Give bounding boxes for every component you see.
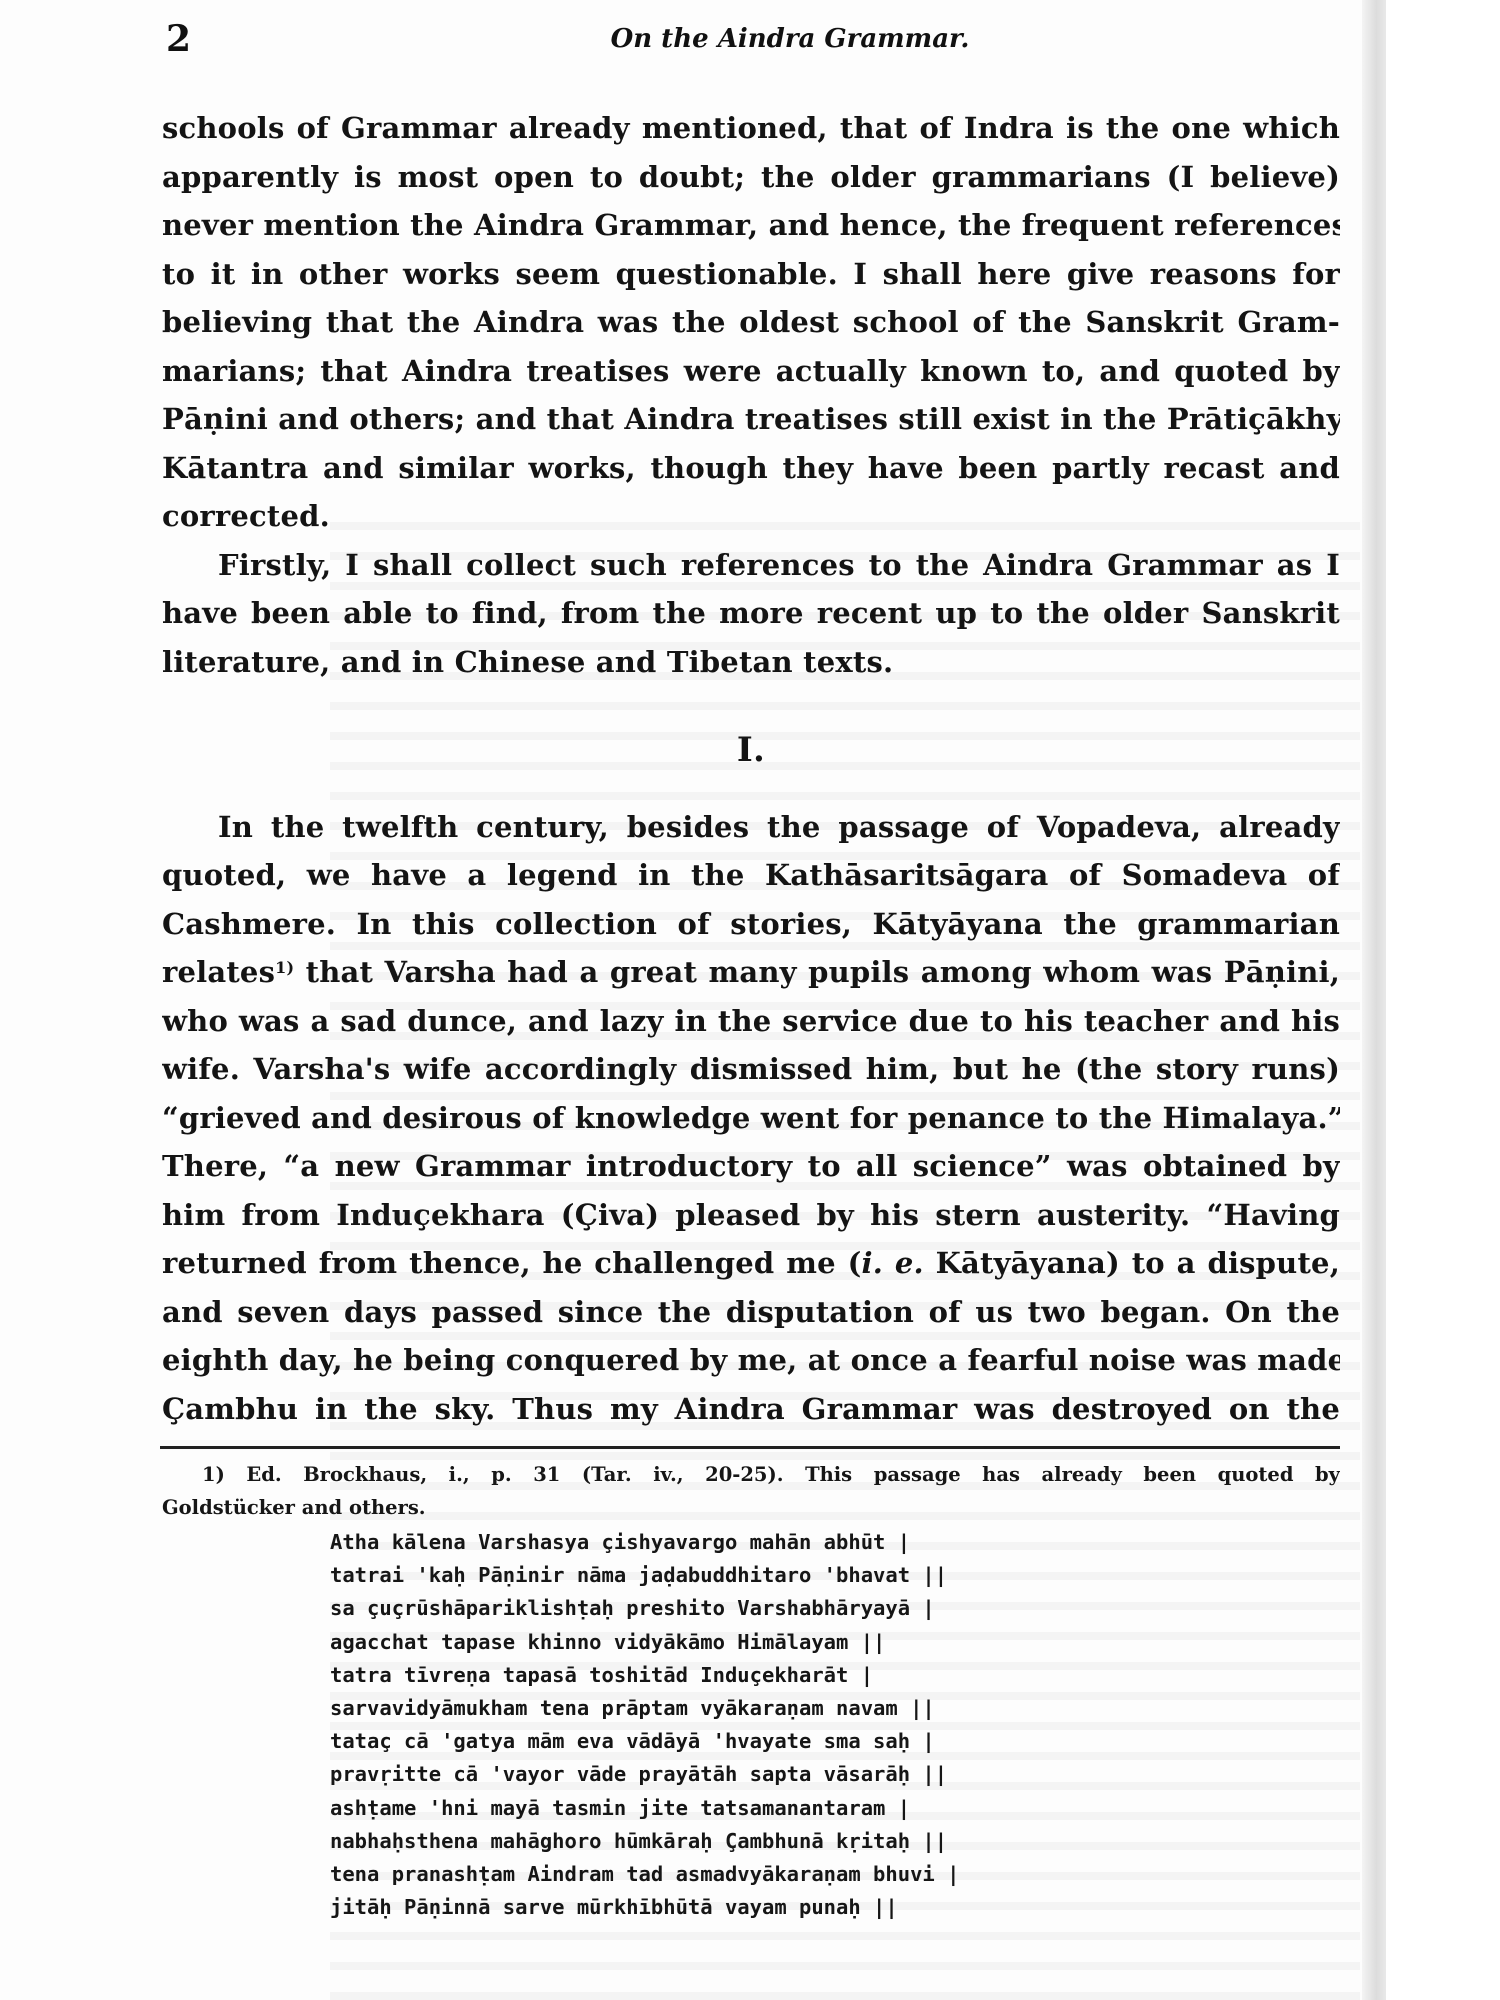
text-run: that Varsha had a great many pupils amon… bbox=[306, 955, 1340, 989]
text-line: corrected. bbox=[162, 492, 1340, 541]
footnote-line: Goldstücker and others. bbox=[162, 1491, 1340, 1524]
text-run: returned from thence, he challenged me ( bbox=[162, 1246, 862, 1280]
text-line: never mention the Aindra Grammar, and he… bbox=[162, 201, 1340, 250]
page-spine-shadow bbox=[1362, 0, 1386, 2000]
verse-line: jitāḥ Pāṇinnā sarve mūrkhībhūtā vayam pu… bbox=[330, 1891, 959, 1924]
text-line: Çambhu in the sky. Thus my Aindra Gramma… bbox=[162, 1385, 1340, 1434]
verse-line: pravṛitte cā 'vayor vāde prayātāh sapta … bbox=[330, 1758, 959, 1791]
verse-line: agacchat tapase khinno vidyākāmo Himālay… bbox=[330, 1626, 959, 1659]
text-line: marians; that Aindra treatises were actu… bbox=[162, 347, 1340, 396]
verse-line: tatrai 'kaḥ Pāṇinir nāma jaḍabuddhitaro … bbox=[330, 1559, 959, 1592]
text-line: relates1) that Varsha had a great many p… bbox=[162, 948, 1340, 997]
text-line: Pāṇini and others; and that Aindra treat… bbox=[162, 395, 1340, 444]
verse-line: tataç cā 'gatya mām eva vādāyā 'hvayate … bbox=[330, 1725, 959, 1758]
footnote-reference[interactable]: 1) bbox=[275, 958, 294, 977]
text-line: Kātantra and similar works, though they … bbox=[162, 444, 1340, 493]
text-line: and seven days passed since the disputat… bbox=[162, 1288, 1340, 1337]
footnote: 1) Ed. Brockhaus, i., p. 31 (Tar. iv., 2… bbox=[162, 1458, 1340, 1524]
verse-line: sarvavidyāmukham tena prāptam vyākaraṇam… bbox=[330, 1692, 959, 1725]
verse-line: Atha kālena Varshasya çishyavargo mahān … bbox=[330, 1526, 959, 1559]
section-heading: I. bbox=[162, 726, 1340, 775]
verse-line: ashṭame 'hni mayā tasmin jite tatsamanan… bbox=[330, 1792, 959, 1825]
text-line: In the twelfth century, besides the pass… bbox=[162, 803, 1340, 852]
text-run: Kātyāyana) to a dispute, bbox=[924, 1246, 1340, 1280]
text-line: “grieved and desirous of knowledge went … bbox=[162, 1094, 1340, 1143]
footnote-separator bbox=[160, 1446, 1340, 1449]
text-line: quoted, we have a legend in the Kathāsar… bbox=[162, 851, 1340, 900]
footnote-line: 1) Ed. Brockhaus, i., p. 31 (Tar. iv., 2… bbox=[162, 1458, 1340, 1491]
running-title-text: On the Aindra Grammar. bbox=[611, 24, 970, 54]
text-line: eighth day, he being conquered by me, at… bbox=[162, 1336, 1340, 1385]
verse-line: tatra tīvreṇa tapasā toshitād Induçekhar… bbox=[330, 1659, 959, 1692]
right-margin bbox=[1386, 0, 1500, 2000]
text-line: have been able to find, from the more re… bbox=[162, 589, 1340, 638]
text-line: to it in other works seem questionable. … bbox=[162, 250, 1340, 299]
text-line: schools of Grammar already mentioned, th… bbox=[162, 104, 1340, 153]
text-line: returned from thence, he challenged me (… bbox=[162, 1239, 1340, 1288]
text-line: There, “a new Grammar introductory to al… bbox=[162, 1142, 1340, 1191]
text-line: Cashmere. In this collection of stories,… bbox=[162, 900, 1340, 949]
book-page: 2 On the Aindra Grammar. schools of Gram… bbox=[0, 0, 1500, 2000]
sanskrit-verse: Atha kālena Varshasya çishyavargo mahān … bbox=[330, 1526, 959, 1924]
text-line: wife. Varsha's wife accordingly dismisse… bbox=[162, 1045, 1340, 1094]
text-run: relates bbox=[162, 955, 275, 989]
text-line: who was a sad dunce, and lazy in the ser… bbox=[162, 997, 1340, 1046]
text-line: literature, and in Chinese and Tibetan t… bbox=[162, 638, 1340, 687]
italic-abbreviation: i. e. bbox=[862, 1246, 924, 1280]
body-text: schools of Grammar already mentioned, th… bbox=[162, 104, 1340, 1433]
running-title: On the Aindra Grammar. bbox=[0, 24, 1500, 54]
text-line: believing that the Aindra was the oldest… bbox=[162, 298, 1340, 347]
text-line: Firstly, I shall collect such references… bbox=[162, 541, 1340, 590]
verse-line: nabhaḥsthena mahāghoro hūmkāraḥ Çambhunā… bbox=[330, 1825, 959, 1858]
text-line: apparently is most open to doubt; the ol… bbox=[162, 153, 1340, 202]
verse-line: tena pranashṭam Aindram tad asmadvyākara… bbox=[330, 1858, 959, 1891]
text-line: him from Induçekhara (Çiva) pleased by h… bbox=[162, 1191, 1340, 1240]
verse-line: sa çuçrūshāpariklishṭaḥ preshito Varshab… bbox=[330, 1592, 959, 1625]
